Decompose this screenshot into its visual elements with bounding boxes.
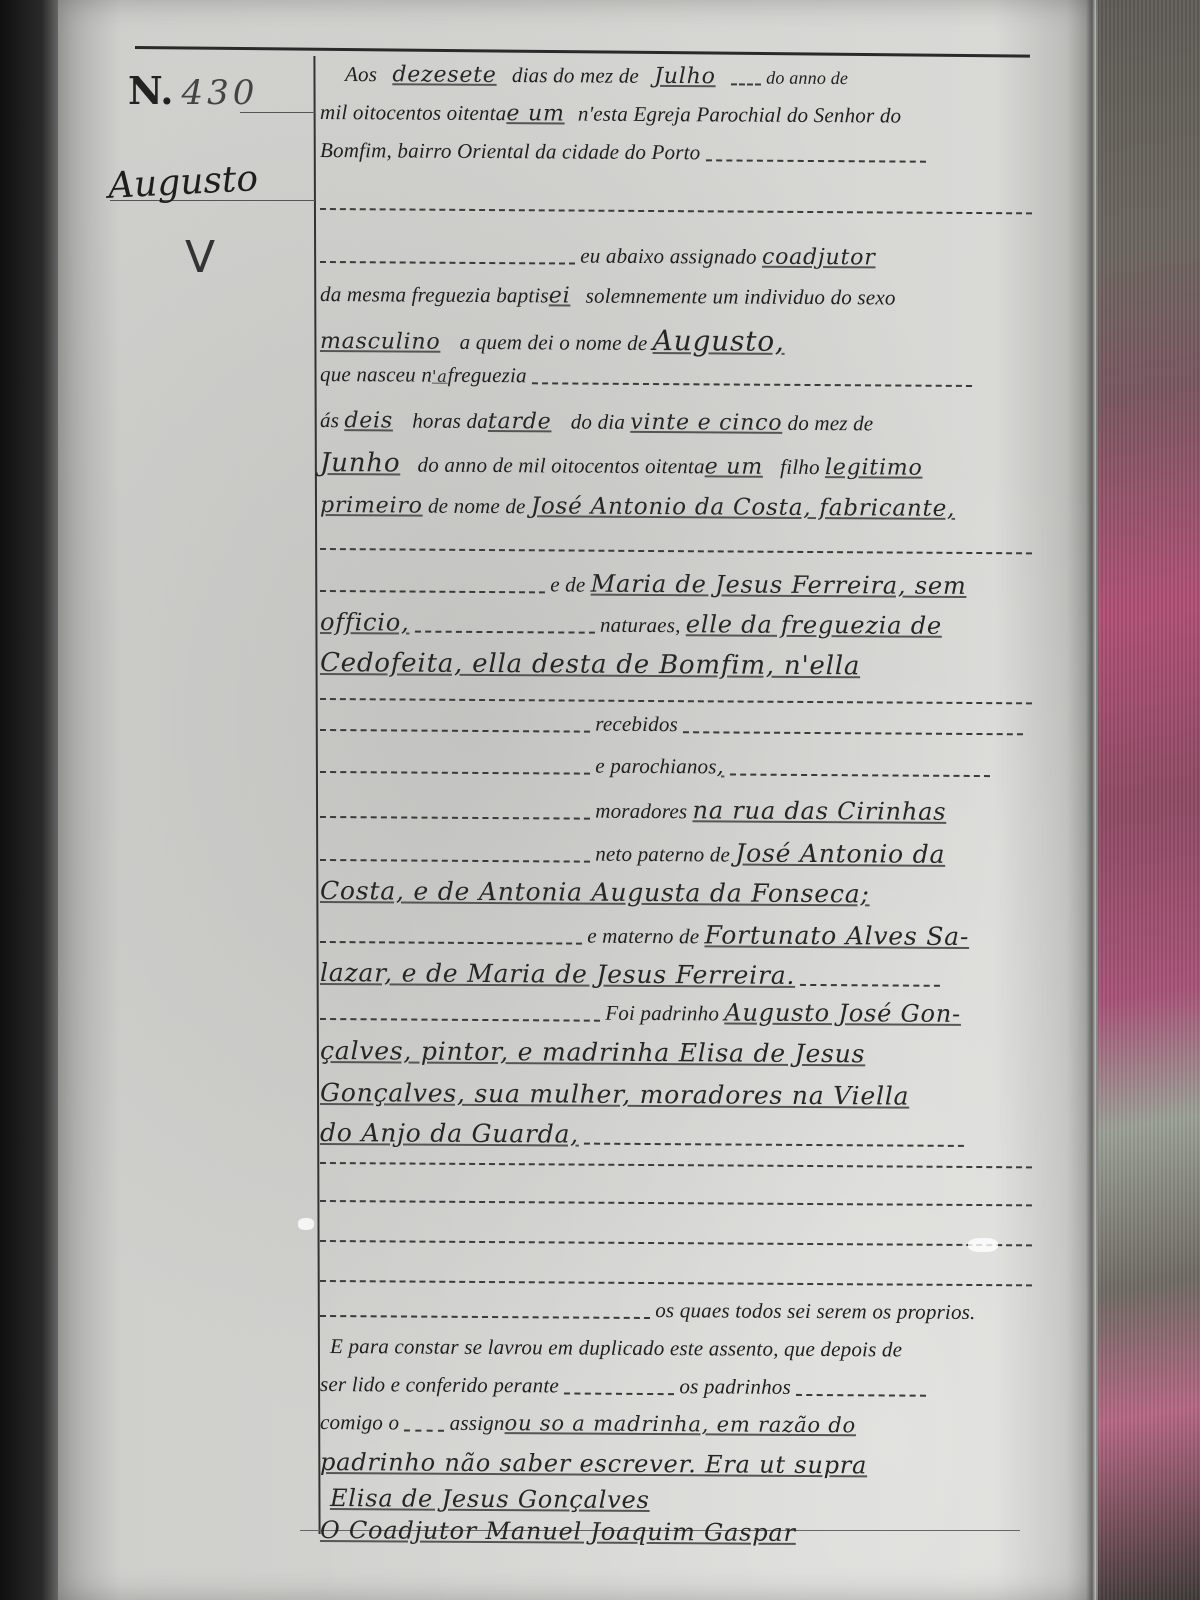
entry-number-label: N. xyxy=(128,68,174,113)
record-line-13: Cedofeita, ella desta de Bomfim, n'ella xyxy=(320,648,1040,686)
record-line-10: primeiro de nome de José Antonio da Cost… xyxy=(320,492,1040,530)
paper-fleck xyxy=(968,1238,998,1252)
record-line-9: Junho do anno de mil oitocentos oitentae… xyxy=(320,448,1040,486)
record-line-21: Foi padrinho Augusto José Gon- xyxy=(320,996,1040,1034)
record-line-11: e de Maria de Jesus Ferreira, sem xyxy=(320,568,1040,606)
entry-number-value: 430 xyxy=(182,73,259,113)
check-mark-icon: V xyxy=(185,232,215,283)
record-line-5: da mesma freguezia baptisei solemnemente… xyxy=(320,282,1040,320)
record-line-16: moradores na rua das Cirinhas xyxy=(320,794,1040,832)
record-line-2: mil oitocentos oitentae um n'esta Egreja… xyxy=(320,100,1040,138)
paper-fleck xyxy=(298,1218,314,1230)
record-line-15: e parochianos, xyxy=(320,752,1040,790)
record-line-19: e materno de Fortunato Alves Sa- xyxy=(320,918,1040,956)
record-line-27: ser lido e conferido perante os padrinho… xyxy=(320,1372,1040,1410)
record-line-17: neto paterno de José Antonio da xyxy=(320,836,1040,874)
signature-coadjutor: O Coadjutor Manuel Joaquim Gaspar xyxy=(320,1516,1040,1554)
page-edge-shadow xyxy=(1086,0,1096,1600)
record-line-3: Bomfim, bairro Oriental da cidade do Por… xyxy=(320,138,1040,176)
record-line-26: E para constar se lavrou em duplicado es… xyxy=(330,1334,1050,1372)
record-line-4: eu abaixo assignado coadjutor xyxy=(320,242,1040,280)
record-line-24: do Anjo da Guarda, xyxy=(320,1118,1040,1156)
record-line-12: officio, naturaes, elle da freguezia de xyxy=(320,608,1040,646)
record-line-8: ás deis horas datarde do dia vinte e cin… xyxy=(320,408,1040,446)
margin-baptized-name: Augusto xyxy=(107,158,259,207)
record-line-1: Aos dezesete dias do mez de Julho do ann… xyxy=(345,62,1065,100)
record-line-25: os quaes todos sei serem os proprios. xyxy=(320,1296,1040,1334)
record-line-14: recebidos xyxy=(320,710,1040,748)
record-line-18: Costa, e de Antonia Augusta da Fonseca; xyxy=(320,876,1040,914)
record-line-6: masculino a quem dei o nome de Augusto, xyxy=(320,322,1040,360)
record-line-29: padrinho não saber escrever. Era ut supr… xyxy=(320,1448,1040,1486)
dark-background-left xyxy=(0,0,60,1600)
record-line-7: que nasceu n'afreguezia xyxy=(320,362,1040,400)
fabric-background-right xyxy=(1095,0,1200,1600)
entry-number: N.430 xyxy=(128,68,258,113)
record-line-28: comigo o assignou so a madrinha, em razã… xyxy=(320,1410,1040,1448)
record-line-23: Gonçalves, sua mulher, moradores na Viel… xyxy=(320,1078,1040,1116)
record-line-22: çalves, pintor, e madrinha Elisa de Jesu… xyxy=(320,1036,1040,1074)
record-line-20: lazar, e de Maria de Jesus Ferreira. xyxy=(320,958,1040,996)
